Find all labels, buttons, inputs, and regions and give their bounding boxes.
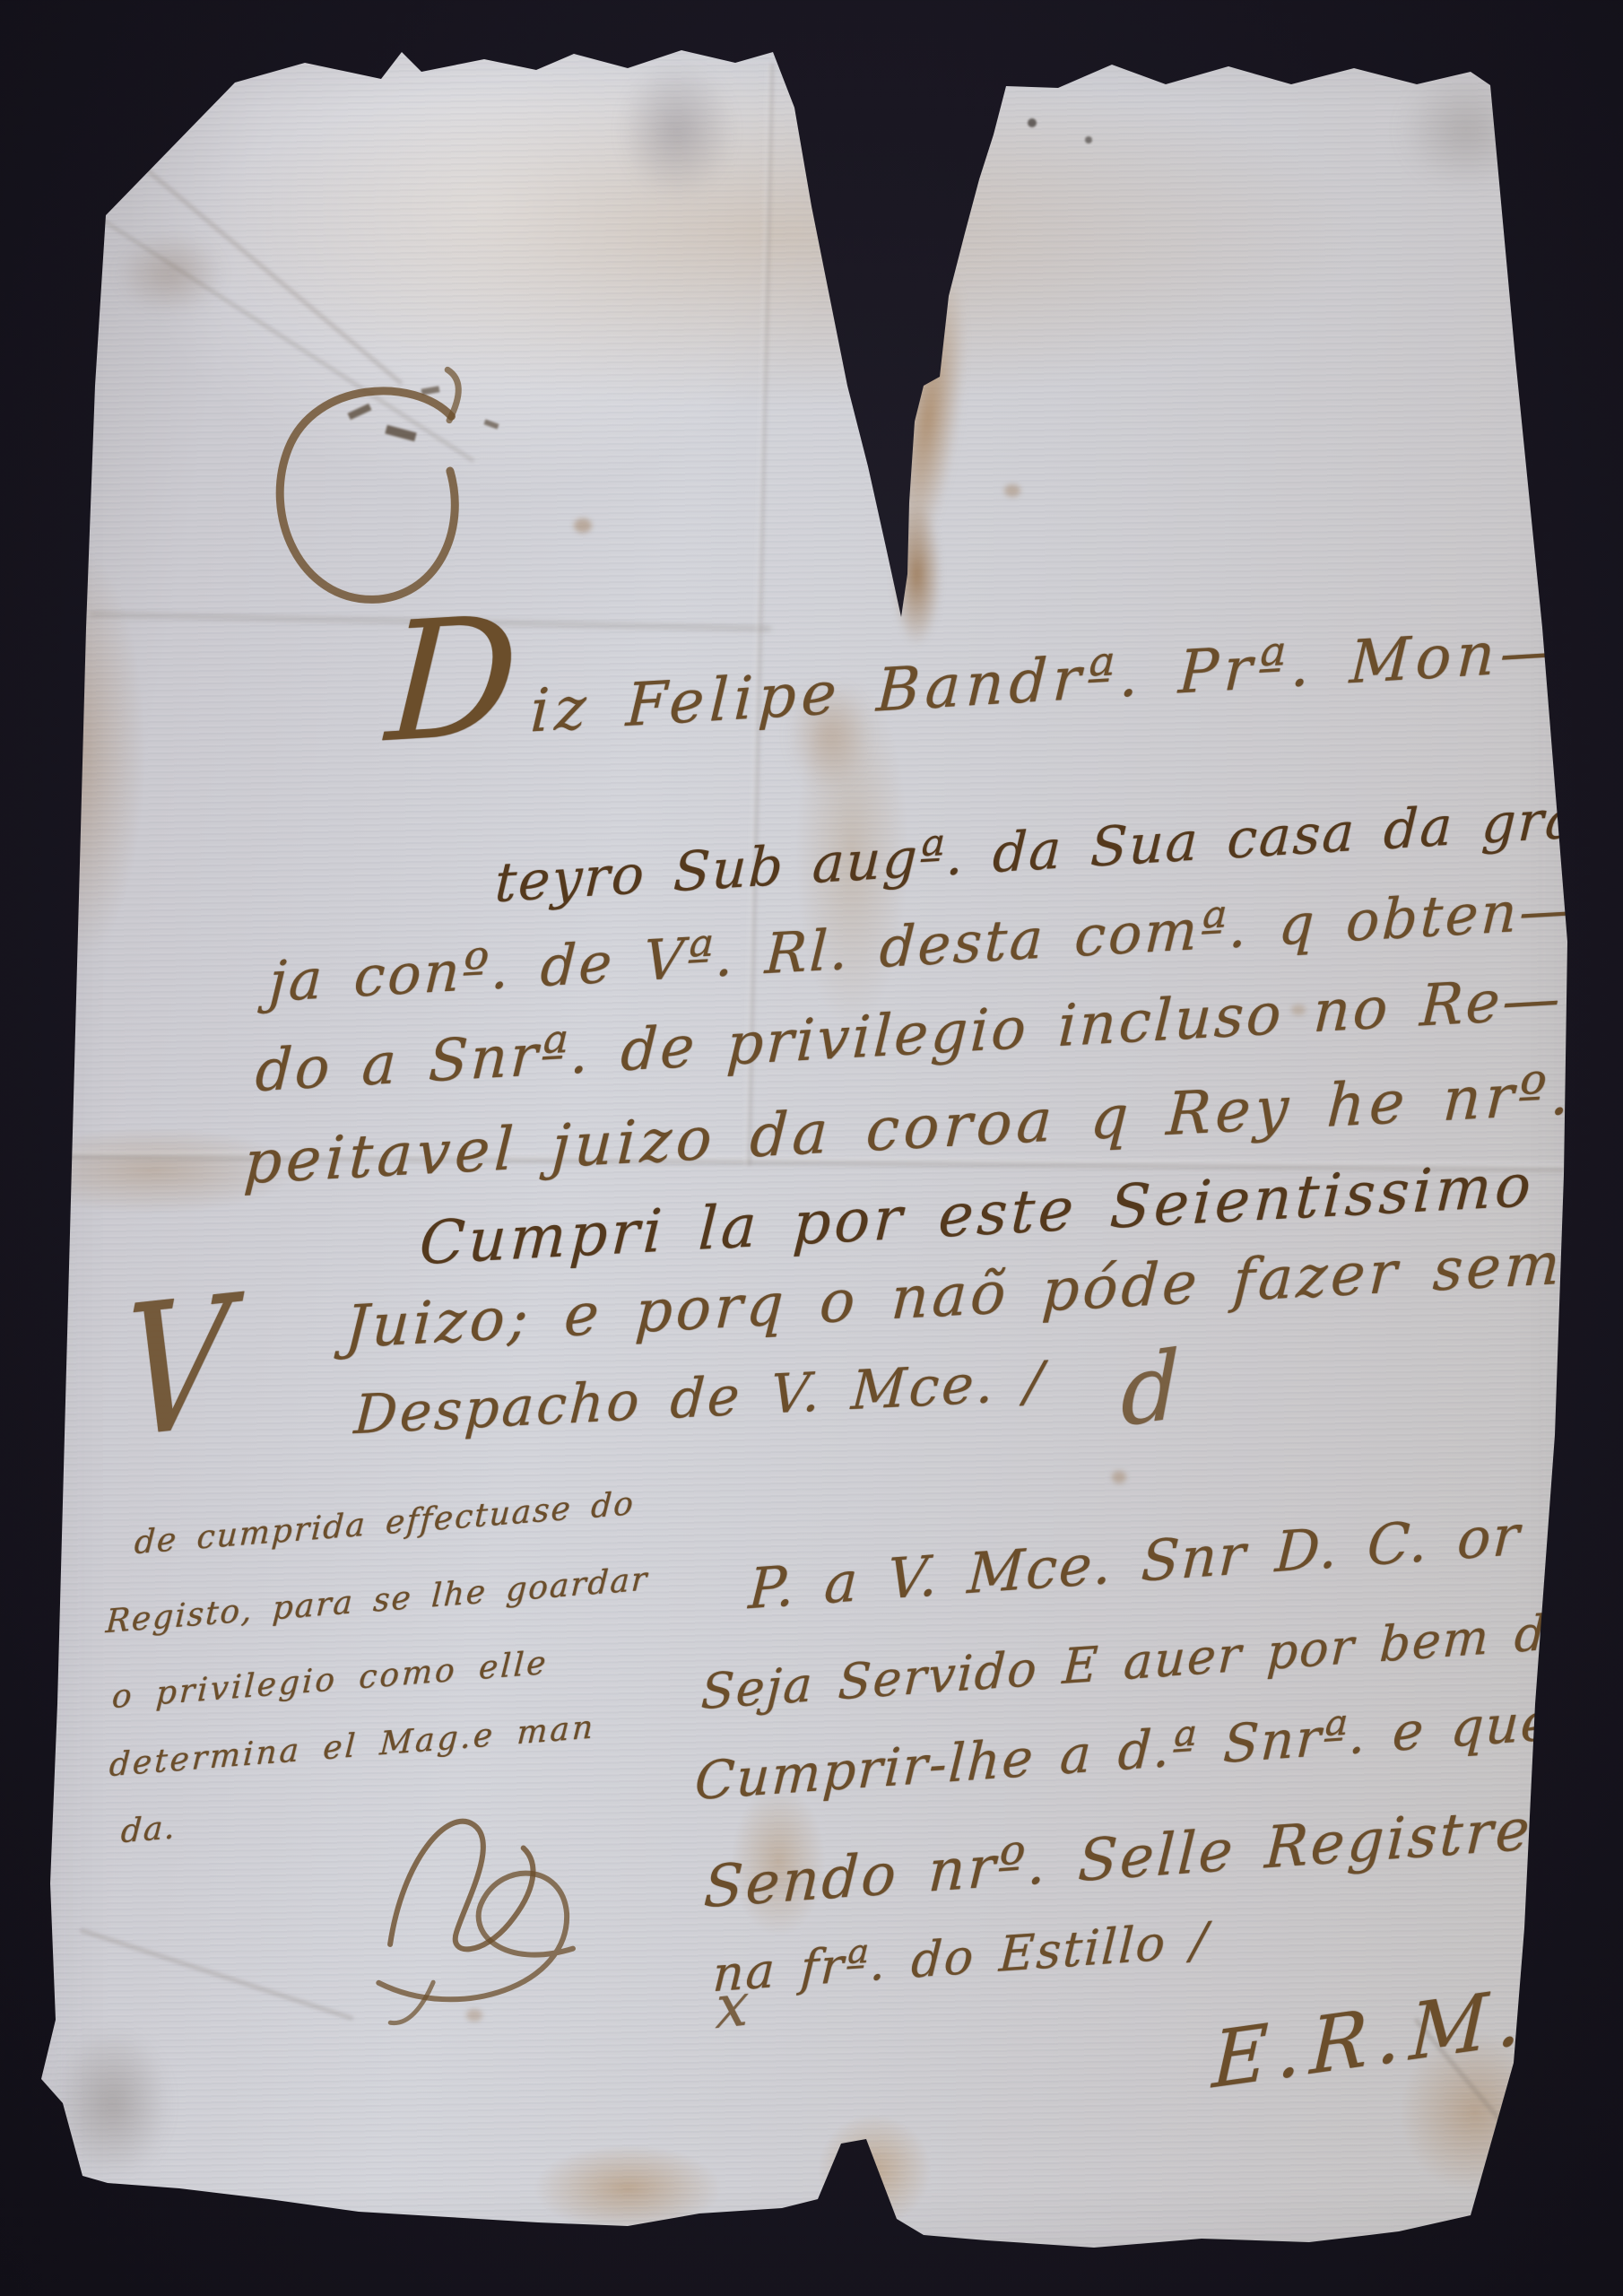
stray-letter-x: x: [715, 1970, 751, 2043]
torn-edge-stain: [892, 502, 942, 646]
ink-speck: [1028, 118, 1037, 127]
red-speck: [1595, 1826, 1601, 1834]
margin-note-line: o privilegio como elle: [111, 1645, 550, 1717]
fox-spot: [466, 2009, 482, 2022]
fox-spot: [1112, 1471, 1126, 1483]
fox-spot: [1004, 484, 1020, 497]
manuscript-paper: Diz Felipe Bandrª. Prª. Mon— teyro Sub a…: [0, 0, 1623, 2296]
petition-line: P. a V. Mce. Snr D. C. or: [747, 1502, 1523, 1622]
main-text-line: Despacho de V. Mce. /: [352, 1350, 1047, 1447]
corner-crease: [80, 1928, 354, 2021]
margin-note-line: da.: [120, 1809, 178, 1850]
paper-fold-shadow: [619, 63, 735, 197]
ink-speck: [421, 386, 440, 395]
ink-speck: [385, 425, 416, 441]
fold-crease-vertical: [744, 63, 774, 1166]
vista-mark: V: [120, 1257, 233, 1480]
torn-edge-stain: [876, 266, 979, 569]
signature-rubric: [314, 1770, 646, 2050]
closing-erm: E.R.M.: [1211, 1970, 1532, 2106]
petition-line: na frª. do Estillo /: [711, 1911, 1211, 2003]
corner-crease: [105, 135, 403, 385]
main-text-line: Diz Felipe Bandrª. Prª. Mon—: [384, 613, 1566, 754]
margin-note-line: Registo, para se lhe goardar: [105, 1561, 650, 1640]
ink-speck: [1085, 136, 1092, 143]
paper-fold-shadow: [54, 2027, 170, 2179]
paper-fold-shadow: [1399, 72, 1533, 188]
manuscript-photo: Diz Felipe Bandrª. Prª. Mon— teyro Sub a…: [0, 0, 1623, 2296]
ink-smudge: [117, 233, 224, 314]
ink-speck: [483, 419, 499, 429]
margin-note-line: de cumprida effectuase do: [134, 1485, 636, 1561]
fox-spot: [574, 518, 592, 533]
margin-note-line: determina el Mag.e man: [108, 1709, 597, 1784]
petition-line: Sendo nrº. Selle Registre: [702, 1796, 1533, 1921]
corner-crease: [97, 215, 475, 463]
stray-letter-d: d: [1121, 1329, 1180, 1448]
ink-speck: [348, 404, 372, 420]
